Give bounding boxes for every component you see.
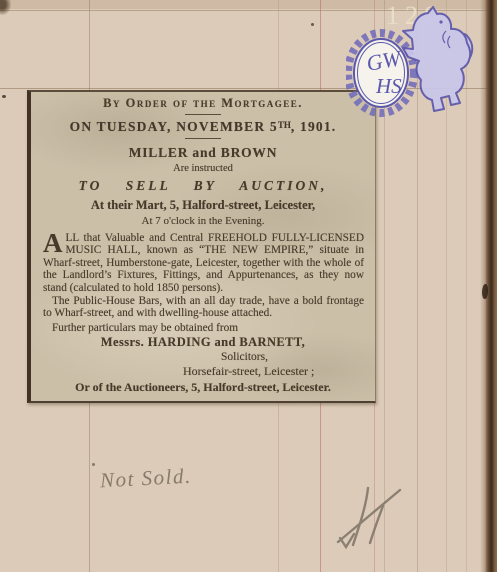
scrapbook-page: 120 By Order of the Mortgagee. ON TUESDA… <box>0 0 497 572</box>
body-paragraph-1: ALL that Valuable and Central FREEHOLD F… <box>43 232 364 294</box>
stamp-letters-bottom: HS <box>375 74 402 98</box>
handwritten-note: Not Sold. <box>99 464 192 494</box>
sale-method-line: TO SELL BY AUCTION, <box>31 178 375 194</box>
auctioneers-address: Or of the Auctioneers, 5, Halford-street… <box>31 380 375 395</box>
gwhs-lion-stamp: GW HS <box>346 5 478 119</box>
date-prefix: ON TUESDAY, NOVEMBER 5 <box>70 119 278 134</box>
paper-speck <box>92 463 95 466</box>
body-text-1: LL that Valuable and Central FREEHOLD FU… <box>43 232 364 294</box>
time-line: At 7 o'clock in the Evening. <box>31 215 375 227</box>
solicitors-role: Solicitors, <box>31 351 375 363</box>
date-ordinal: TH <box>278 120 291 130</box>
solicitors-address: Horsefair-street, Leicester ; <box>31 364 375 379</box>
instructed-line: Are instructed <box>31 163 375 174</box>
printed-rule <box>185 114 221 115</box>
solicitors-name: Messrs. HARDING and BARNETT, <box>31 335 375 350</box>
auctioneer-firm: MILLER and BROWN <box>31 145 375 161</box>
date-suffix: , 1901. <box>291 119 337 134</box>
venue-line: At their Mart, 5, Halford-street, Leices… <box>31 198 375 213</box>
clipping-order-line: By Order of the Mortgagee. <box>31 96 375 111</box>
paper-speck <box>2 95 6 98</box>
pencil-cross-mark <box>328 462 412 554</box>
newspaper-clipping: By Order of the Mortgagee. ON TUESDAY, N… <box>27 90 376 403</box>
drop-cap: A <box>43 232 66 254</box>
body-paragraph-2: The Public-House Bars, with an all day t… <box>43 295 364 320</box>
corner-stain <box>0 0 11 15</box>
paper-speck <box>311 23 314 26</box>
clipping-date-line: ON TUESDAY, NOVEMBER 5TH, 1901. <box>31 119 375 135</box>
body-paragraph-3: Further particulars may be obtained from <box>43 322 364 334</box>
printed-rule <box>185 138 221 139</box>
lion-rampant-icon <box>403 7 472 111</box>
